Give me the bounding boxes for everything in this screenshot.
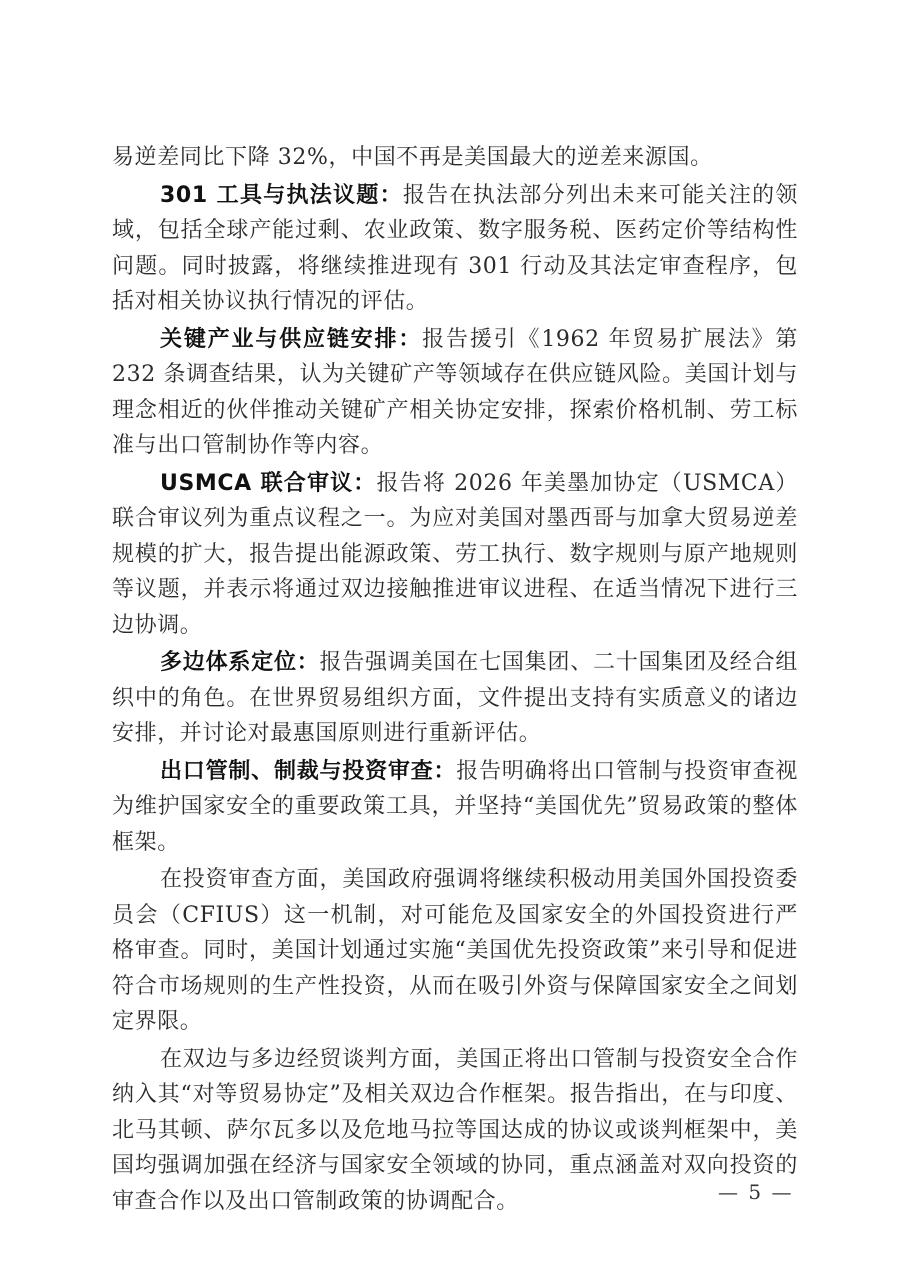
document-body: 易逆差同比下降 32%，中国不再是美国最大的逆差来源国。 301 工具与执法议题…: [112, 140, 798, 1221]
page-number: — 5 —: [718, 1180, 793, 1204]
paragraph-heading: 多边体系定位：: [160, 650, 320, 675]
paragraph-supply-chain: 关键产业与供应链安排：报告援引《1962 年贸易扩展法》第 232 条调查结果，…: [112, 322, 798, 464]
paragraph-continuation: 易逆差同比下降 32%，中国不再是美国最大的逆差来源国。: [112, 140, 798, 176]
paragraph-negotiations: 在双边与多边经贸谈判方面，美国正将出口管制与投资安全合作纳入其“对等贸易协定”及…: [112, 1042, 798, 1220]
paragraph-heading: 301 工具与执法议题：: [160, 183, 403, 208]
paragraph-export-control: 出口管制、制裁与投资审查：报告明确将出口管制与投资审查视为维护国家安全的重要政策…: [112, 754, 798, 861]
paragraph-multilateral: 多边体系定位：报告强调美国在七国集团、二十国集团及经合组织中的角色。在世界贸易组…: [112, 645, 798, 752]
paragraph-text: 易逆差同比下降 32%，中国不再是美国最大的逆差来源国。: [112, 145, 713, 170]
paragraph-text: 在投资审查方面，美国政府强调将继续积极动用美国外国投资委员会（CFIUS）这一机…: [112, 867, 798, 1034]
paragraph-301-tools: 301 工具与执法议题：报告在执法部分列出未来可能关注的领域，包括全球产能过剩、…: [112, 178, 798, 320]
paragraph-usmca: USMCA 联合审议：报告将 2026 年美墨加协定（USMCA）联合审议列为重…: [112, 466, 798, 644]
paragraph-heading: 关键产业与供应链安排：: [160, 327, 422, 352]
paragraph-investment-review: 在投资审查方面，美国政府强调将继续积极动用美国外国投资委员会（CFIUS）这一机…: [112, 862, 798, 1040]
paragraph-heading: USMCA 联合审议：: [160, 471, 376, 496]
paragraph-text: 在双边与多边经贸谈判方面，美国正将出口管制与投资安全合作纳入其“对等贸易协定”及…: [112, 1047, 798, 1214]
paragraph-heading: 出口管制、制裁与投资审查：: [160, 759, 456, 784]
